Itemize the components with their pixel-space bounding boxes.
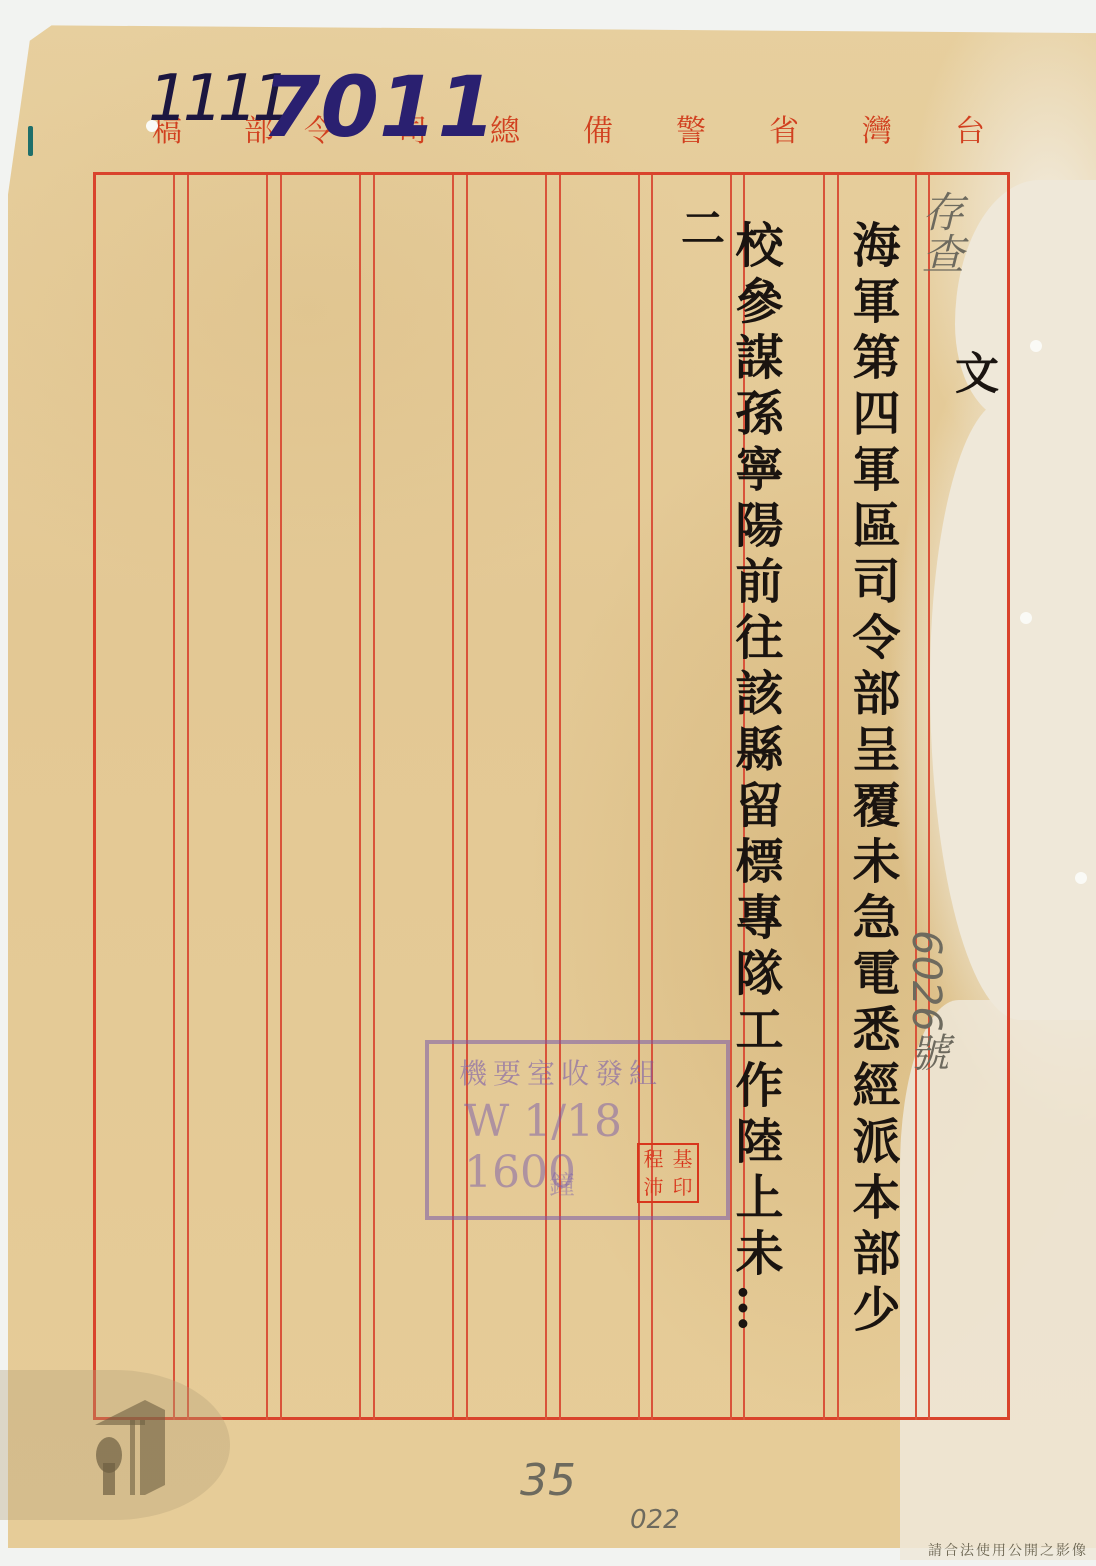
rule-line bbox=[466, 175, 468, 1420]
punch-hole bbox=[146, 120, 158, 132]
punch-hole bbox=[1030, 340, 1042, 352]
personal-seal: 程 基 沛 印 bbox=[637, 1143, 699, 1203]
punch-hole bbox=[1020, 612, 1032, 624]
label-wen: 文 bbox=[942, 350, 1002, 402]
page-number: 35 bbox=[520, 1455, 576, 1506]
pencil-note-file: 存查 bbox=[910, 190, 970, 274]
letterhead-char: 備 bbox=[583, 112, 613, 152]
rule-line bbox=[559, 175, 561, 1420]
usage-notice: 請合法使用公開之影像 bbox=[928, 1540, 1088, 1560]
rule-line bbox=[823, 175, 825, 1420]
seal-char: 沛 bbox=[639, 1173, 668, 1201]
label-er: 二 bbox=[668, 205, 728, 257]
letterhead-char: 省 bbox=[769, 112, 799, 152]
body-column-1: 海軍第四軍區司令部呈覆未急電悉經派本部少 bbox=[842, 220, 902, 1340]
body-column-2: 校參謀孫寧陽前往該縣留標專隊工作陸上未… bbox=[725, 220, 785, 1340]
rule-line bbox=[373, 175, 375, 1420]
body-text: 海軍第四軍區司令部呈覆 bbox=[844, 220, 900, 836]
seal-char: 印 bbox=[668, 1173, 697, 1201]
rule-line bbox=[837, 175, 839, 1420]
rule-line bbox=[638, 175, 640, 1420]
pencil-note-number: 6026號 bbox=[898, 930, 955, 1072]
rule-line bbox=[452, 175, 454, 1420]
body-text: 校參謀孫寧陽前往該縣留標專隊工作 bbox=[727, 220, 783, 1116]
letterhead-char: 灣 bbox=[862, 112, 892, 152]
rule-line bbox=[915, 175, 917, 1420]
body-text: 陸上未… bbox=[727, 1116, 783, 1340]
archive-logo-icon bbox=[85, 1385, 175, 1505]
pencil-mark: 022 bbox=[630, 1505, 680, 1535]
ink-mark bbox=[28, 126, 33, 156]
letterhead-char: 警 bbox=[676, 112, 706, 152]
rule-line bbox=[928, 175, 930, 1420]
rule-line bbox=[187, 175, 189, 1420]
stamp-title: 機要室收發組 bbox=[459, 1052, 663, 1092]
rule-line bbox=[173, 175, 175, 1420]
seal-char: 基 bbox=[668, 1145, 697, 1173]
letterhead-char: 台 bbox=[955, 112, 985, 152]
rule-line bbox=[545, 175, 547, 1420]
rule-line bbox=[359, 175, 361, 1420]
punch-hole bbox=[1075, 872, 1087, 884]
rule-line bbox=[280, 175, 282, 1420]
seal-char: 程 bbox=[639, 1145, 668, 1173]
body-text: 未急電悉經派本部少 bbox=[844, 836, 900, 1340]
archive-number-blue: 7011 bbox=[262, 58, 496, 156]
stamp-footer: 鐘 bbox=[549, 1165, 581, 1202]
rule-line bbox=[266, 175, 268, 1420]
rule-line bbox=[651, 175, 653, 1420]
